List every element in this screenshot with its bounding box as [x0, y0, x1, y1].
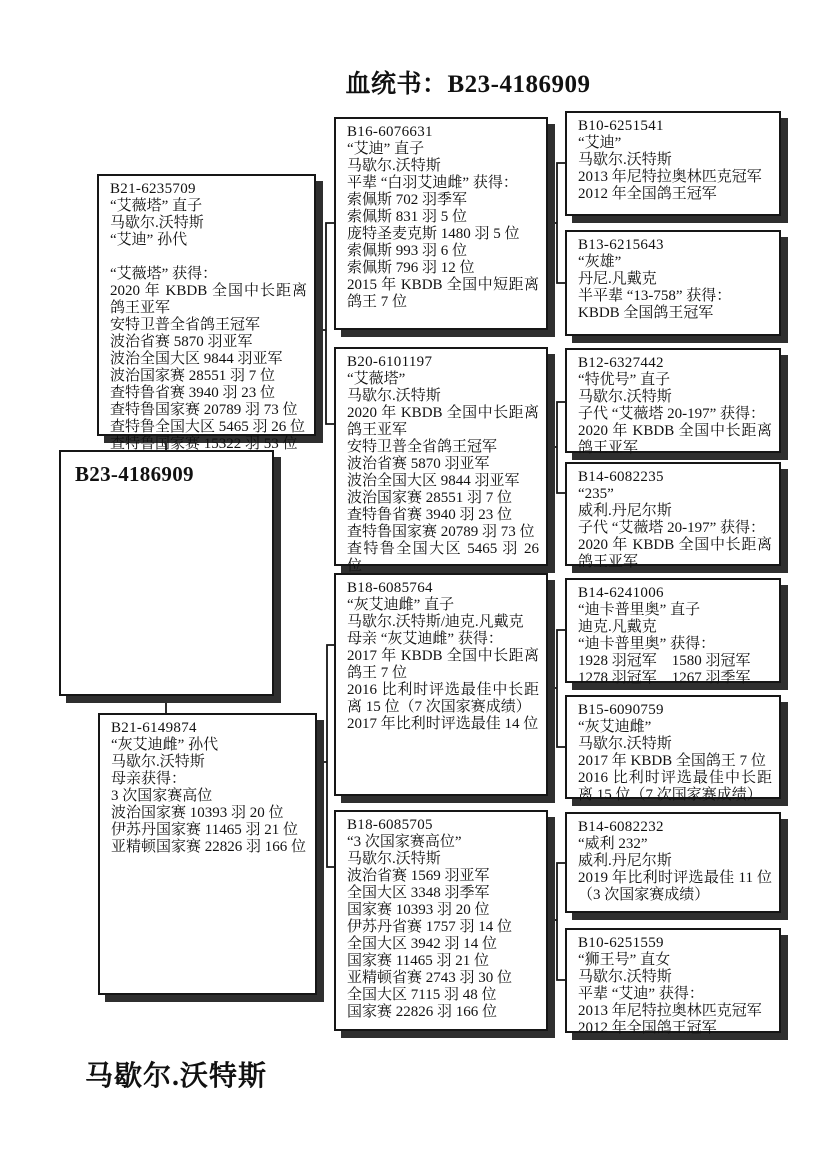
text-line: “艾薇塔” 直子	[110, 198, 307, 215]
text-line: 马歇尔.沃特斯	[578, 152, 772, 169]
text-line: 波治省赛 5870 羽亚军	[347, 456, 539, 473]
text-line: 子代 “艾薇塔 20-197” 获得：	[578, 406, 772, 423]
connector-gp3-ggp	[549, 863, 565, 980]
text-line: 马歇尔.沃特斯	[578, 969, 772, 986]
text-line: “艾迪” 直子	[347, 141, 539, 158]
text-line: 马歇尔.沃特斯	[347, 851, 539, 868]
text-line: 母亲获得：	[111, 771, 308, 788]
text-line	[110, 249, 307, 266]
text-line: 2012 年全国鸽王冠军	[578, 186, 772, 203]
text-line: 2016 比利时评选最佳中长距离 15 位（7 次国家赛成绩）	[347, 682, 539, 716]
text-line: 波治国家赛 10393 羽 20 位	[111, 805, 308, 822]
text-line: B21-6149874	[111, 720, 308, 737]
pedigree-box-grandsire-maternal-B18-6085764: B18-6085764“灰艾迪雌” 直子马歇尔.沃特斯/迪克.凡戴克母亲 “灰艾…	[334, 573, 548, 796]
text-line: “灰艾迪雌” 孙代	[111, 737, 308, 754]
pedigree-box-great-grandparent-B13-6215643: B13-6215643“灰雄”丹尼.凡戴克半平辈 “13-758” 获得：KBD…	[565, 230, 781, 336]
text-line: 伊苏丹国家赛 11465 羽 21 位	[111, 822, 308, 839]
text-line: B10-6251541	[578, 118, 772, 135]
text-line: 平辈 “白羽艾迪雌” 获得：	[347, 175, 539, 192]
text-line: 3 次国家赛高位	[111, 788, 308, 805]
text-line: 国家赛 10393 羽 20 位	[347, 902, 539, 919]
breeder-name: 马歇尔.沃特斯	[85, 1054, 267, 1094]
text-line: 国家赛 11465 羽 21 位	[347, 953, 539, 970]
text-line: B14-6241006	[578, 585, 772, 602]
text-line: 2013 年尼特拉奥林匹克冠军	[578, 1003, 772, 1020]
text-line: 查特鲁全国大区 5465 羽 26 位	[347, 541, 539, 575]
text-line: “特优号” 直子	[578, 372, 772, 389]
text-line: 2020 年 KBDB 全国中长距离鸽王亚军	[578, 537, 772, 571]
pedigree-box-great-grandparent-B14-6082232: B14-6082232“威利 232”威利.丹尼尔斯2019 年比利时评选最佳 …	[565, 812, 781, 913]
text-line: “艾迪” 孙代	[110, 232, 307, 249]
text-line: B18-6085705	[347, 817, 539, 834]
text-line: 马歇尔.沃特斯	[347, 158, 539, 175]
text-line: 索佩斯 993 羽 6 位	[347, 243, 539, 260]
text-line: 波治国家赛 28551 羽 7 位	[347, 490, 539, 507]
pedigree-box-granddam-paternal-B20-6101197: B20-6101197“艾薇塔”马歇尔.沃特斯2020 年 KBDB 全国中长距…	[334, 347, 548, 566]
text-line: “艾薇塔” 获得：	[110, 266, 307, 283]
text-line: B15-6090759	[578, 702, 772, 719]
text-line: 波治全国大区 9844 羽亚军	[347, 473, 539, 490]
text-line: 子代 “艾薇塔 20-197” 获得：	[578, 520, 772, 537]
connector-gp0-ggp	[549, 163, 565, 283]
text-line: 庞特圣麦克斯 1480 羽 5 位	[347, 226, 539, 243]
connector-gp1-ggp	[549, 402, 565, 493]
text-line: 马歇尔.沃特斯	[111, 754, 308, 771]
text-line: 亚精顿省赛 2743 羽 30 位	[347, 970, 539, 987]
text-line: 平辈 “艾迪” 获得：	[578, 986, 772, 1003]
text-line: B10-6251559	[578, 935, 772, 952]
pedigree-box-subject-B23-4186909: B23-4186909	[59, 450, 274, 696]
text-line: 伊苏丹省赛 1757 羽 14 位	[347, 919, 539, 936]
connector-mother-grandparents	[317, 645, 334, 867]
text-line: 马歇尔.沃特斯	[110, 215, 307, 232]
pedigree-box-granddam-maternal-B18-6085705: B18-6085705“3 次国家赛高位”马歇尔.沃特斯波治省赛 1569 羽亚…	[334, 810, 548, 1031]
pedigree-box-mother-B21-6149874: B21-6149874“灰艾迪雌” 孙代马歇尔.沃特斯母亲获得：3 次国家赛高位…	[98, 713, 317, 995]
text-line: “灰雄”	[578, 254, 772, 271]
pedigree-box-great-grandparent-B14-6241006: B14-6241006“迪卡普里奥” 直子迪克.凡戴克“迪卡普里奥” 获得：19…	[565, 578, 781, 683]
text-line: 安特卫普全省鸽王冠军	[110, 317, 307, 334]
text-line: 2020 年 KBDB 全国中长距离鸽王亚军	[578, 423, 772, 457]
text-line: 波治省赛 5870 羽亚军	[110, 334, 307, 351]
text-line: “狮王号” 直女	[578, 952, 772, 969]
pedigree-box-great-grandparent-B15-6090759: B15-6090759“灰艾迪雌”马歇尔.沃特斯2017 年 KBDB 全国鸽王…	[565, 695, 781, 799]
text-line: 查特鲁全国大区 5465 羽 26 位	[110, 419, 307, 436]
text-line: B13-6215643	[578, 237, 772, 254]
text-line: “迪卡普里奥” 直子	[578, 602, 772, 619]
text-line: 马歇尔.沃特斯/迪克.凡戴克	[347, 614, 539, 631]
text-line: B12-6327442	[578, 355, 772, 372]
text-line: “3 次国家赛高位”	[347, 834, 539, 851]
text-line: 1928 羽冠军 1580 羽冠军	[578, 653, 772, 670]
pedigree-box-grandsire-paternal-B16-6076631: B16-6076631“艾迪” 直子马歇尔.沃特斯平辈 “白羽艾迪雌” 获得：索…	[334, 117, 548, 330]
connector-father-grandparents	[316, 223, 334, 424]
text-line: 马歇尔.沃特斯	[578, 389, 772, 406]
text-line: 全国大区 7115 羽 48 位	[347, 987, 539, 1004]
text-line: 母亲 “灰艾迪雌” 获得：	[347, 631, 539, 648]
text-line: 2017 年比利时评选最佳 14 位	[347, 716, 539, 733]
pedigree-box-great-grandparent-B14-6082235: B14-6082235“235”威利.丹尼尔斯子代 “艾薇塔 20-197” 获…	[565, 462, 781, 566]
text-line: 亚精顿国家赛 22826 羽 166 位	[111, 839, 308, 856]
text-line: 2020 年 KBDB 全国中长距离鸽王亚军	[110, 283, 307, 317]
text-line: B21-6235709	[110, 181, 307, 198]
text-line: “迪卡普里奥” 获得：	[578, 636, 772, 653]
text-line: 波治全国大区 9844 羽亚军	[110, 351, 307, 368]
text-line: KBDB 全国鸽王冠军	[578, 305, 772, 322]
text-line: B16-6076631	[347, 124, 539, 141]
text-line: 索佩斯 796 羽 12 位	[347, 260, 539, 277]
text-line: 2015 年 KBDB 全国中短距离鸽王 7 位	[347, 277, 539, 311]
text-line: 马歇尔.沃特斯	[347, 388, 539, 405]
text-line: 国家赛 22826 羽 166 位	[347, 1004, 539, 1021]
text-line: 查特鲁国家赛 20789 羽 73 位	[347, 524, 539, 541]
text-line: 2017 年 KBDB 全国鸽王 7 位	[578, 753, 772, 770]
text-line: 2016 比利时评选最佳中长距离 15 位（7 次国家赛成绩）	[578, 770, 772, 804]
text-line: 查特鲁国家赛 20789 羽 73 位	[110, 402, 307, 419]
text-line: B23-4186909	[75, 466, 264, 483]
pedigree-box-great-grandparent-B10-6251559: B10-6251559“狮王号” 直女马歇尔.沃特斯平辈 “艾迪” 获得：201…	[565, 928, 781, 1033]
text-line: 全国大区 3942 羽 14 位	[347, 936, 539, 953]
text-line: 1278 羽冠军 1267 羽季军	[578, 670, 772, 687]
text-line: 半平辈 “13-758” 获得：	[578, 288, 772, 305]
connector-gp2-ggp	[549, 630, 565, 747]
text-line: 索佩斯 831 羽 5 位	[347, 209, 539, 226]
text-line: 丹尼.凡戴克	[578, 271, 772, 288]
text-line: 2013 年尼特拉奥林匹克冠军	[578, 169, 772, 186]
text-line: 2020 年 KBDB 全国中长距离鸽王亚军	[347, 405, 539, 439]
text-line: “灰艾迪雌”	[578, 719, 772, 736]
text-line: 安特卫普全省鸽王冠军	[347, 439, 539, 456]
text-line: 2012 年全国鸽王冠军	[578, 1020, 772, 1037]
text-line: 查特鲁省赛 3940 羽 23 位	[347, 507, 539, 524]
text-line: “艾迪”	[578, 135, 772, 152]
text-line: “灰艾迪雌” 直子	[347, 597, 539, 614]
text-line: 威利.丹尼尔斯	[578, 503, 772, 520]
text-line: 查特鲁省赛 3940 羽 23 位	[110, 385, 307, 402]
text-line: B14-6082232	[578, 819, 772, 836]
text-line: 威利.丹尼尔斯	[578, 853, 772, 870]
pedigree-box-great-grandparent-B12-6327442: B12-6327442“特优号” 直子马歇尔.沃特斯子代 “艾薇塔 20-197…	[565, 348, 781, 453]
text-line: 2019 年比利时评选最佳 11 位（3 次国家赛成绩）	[578, 870, 772, 904]
text-line: 全国大区 3348 羽季军	[347, 885, 539, 902]
text-line: 2017 年 KBDB 全国中长距离鸽王 7 位	[347, 648, 539, 682]
text-line: 波治国家赛 28551 羽 7 位	[110, 368, 307, 385]
text-line: “235”	[578, 486, 772, 503]
text-line: B20-6101197	[347, 354, 539, 371]
text-line: “威利 232”	[578, 836, 772, 853]
text-line: 马歇尔.沃特斯	[578, 736, 772, 753]
pedigree-box-father-B21-6235709: B21-6235709“艾薇塔” 直子马歇尔.沃特斯“艾迪” 孙代 “艾薇塔” …	[97, 174, 316, 436]
text-line: B18-6085764	[347, 580, 539, 597]
text-line: 波治省赛 1569 羽亚军	[347, 868, 539, 885]
text-line: B14-6082235	[578, 469, 772, 486]
pedigree-box-great-grandparent-B10-6251541: B10-6251541“艾迪”马歇尔.沃特斯2013 年尼特拉奥林匹克冠军201…	[565, 111, 781, 216]
text-line: 索佩斯 702 羽季军	[347, 192, 539, 209]
text-line: “艾薇塔”	[347, 371, 539, 388]
text-line: 迪克.凡戴克	[578, 619, 772, 636]
